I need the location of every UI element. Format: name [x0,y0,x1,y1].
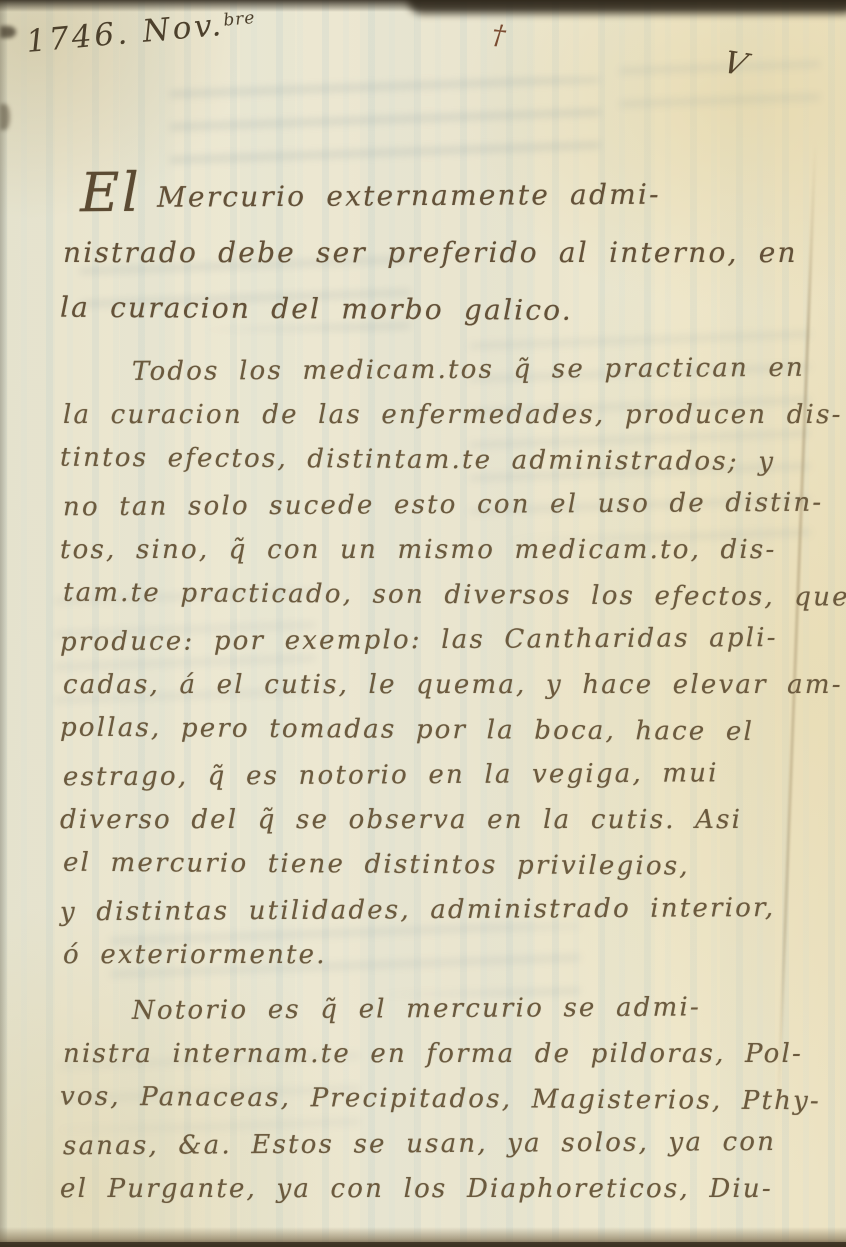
cross-mark: † [490,19,507,51]
manuscript-page: 1746. Nov.bre † V ElMercurio externament… [0,0,846,1247]
manuscript-line: la curacion del morbo galico. [60,279,820,341]
manuscript-line: estrago, q̃ es notorio en la vegiga, mui [63,751,820,801]
manuscript-line: no tan solo sucede esto con el uso de di… [63,481,820,531]
manuscript-line: nistra internam.te en forma de pildoras,… [63,1032,820,1077]
verso-bleed-through [620,55,820,110]
manuscript-line: el Purgante, ya con los Diaphoreticos, D… [60,1167,820,1212]
drop-cap: El [80,161,141,224]
date-annotation: 1746. Nov.bre [25,4,257,60]
manuscript-line: Todos los medicam.tos q̃ se practican en [60,346,820,396]
manuscript-line: el mercurio tiene distintos privilegios, [63,841,820,891]
manuscript-line: ó exteriormente. [63,933,820,978]
manuscript-line: cadas, á el cutis, le quema, y hace elev… [63,663,820,708]
manuscript-line: la curacion de las enfermedades, produce… [63,393,820,438]
page-left-edge [0,0,8,1247]
body-paragraph-2: Notorio es q̃ el mercurio se admi- nistr… [60,987,820,1212]
manuscript-line: tam.te practicado, son diversos los efec… [63,571,820,621]
manuscript-line: y distintas utilidades, administrado int… [60,886,820,936]
manuscript-line: nistrado debe ser preferido al interno, … [63,224,820,281]
heading-text: Mercurio externamente admi- [157,178,661,214]
manuscript-line: produce: por exemplo: las Cantharidas ap… [60,616,820,666]
page-bottom-line [0,1242,846,1247]
date-text: 1746. Nov. [25,7,225,60]
manuscript-line: Notorio es q̃ el mercurio se admi- [60,985,820,1035]
manuscript-line: tintos efectos, distintam.te administrad… [60,436,820,486]
manuscript-line: pollas, pero tomadas por la boca, hace e… [60,706,820,756]
manuscript-line: ElMercurio externamente admi- [60,156,820,227]
manuscript-text: ElMercurio externamente admi- nistrado d… [60,158,820,1212]
manuscript-line: tos, sino, q̃ con un mismo medicam.to, d… [60,528,820,573]
manuscript-line: vos, Panaceas, Precipitados, Magisterios… [60,1075,820,1125]
heading-paragraph: ElMercurio externamente admi- nistrado d… [60,158,820,338]
manuscript-line: sanas, &a. Estos se usan, ya solos, ya c… [63,1120,820,1170]
manuscript-line: diverso del q̃ se observa en la cutis. A… [60,798,820,843]
body-paragraph-1: Todos los medicam.tos q̃ se practican en… [60,348,820,978]
date-superscript: bre [223,8,257,31]
page-top-stain [408,0,846,14]
